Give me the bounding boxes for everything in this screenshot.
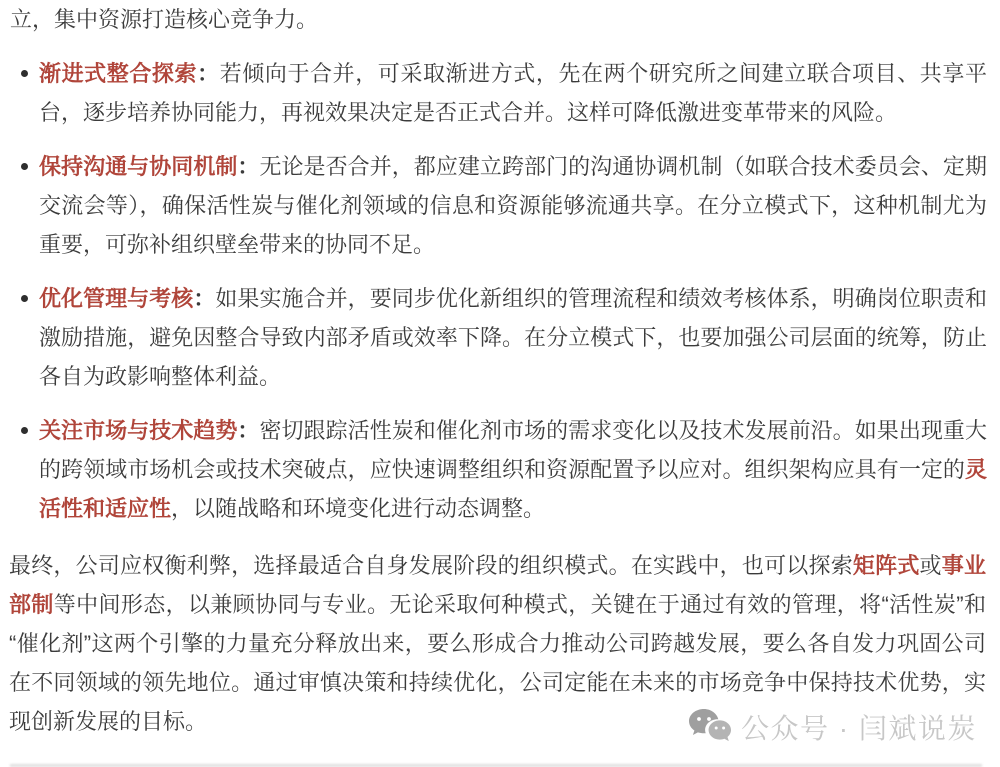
bullet-title: 优化管理与考核 bbox=[39, 286, 193, 311]
bullet-item-management-assessment: 优化管理与考核：如果实施合并，要同步优化新组织的管理流程和绩效考核体系，明确岗位… bbox=[0, 279, 1000, 396]
bullet-dot-icon bbox=[21, 427, 28, 434]
bullet-text: 渐进式整合探索：若倾向于合并，可采取渐进方式，先在两个研究所之间建立联合项目、共… bbox=[39, 54, 987, 132]
bullet-item-gradual-integration: 渐进式整合探索：若倾向于合并，可采取渐进方式，先在两个研究所之间建立联合项目、共… bbox=[0, 54, 1000, 132]
intro-paragraph: 立，集中资源打造核心竞争力。 bbox=[0, 0, 1000, 39]
closing-highlight-matrix: 矩阵式 bbox=[853, 553, 920, 578]
bullet-title: 关注市场与技术趋势 bbox=[39, 418, 237, 443]
document-page: 立，集中资源打造核心竞争力。 渐进式整合探索：若倾向于合并，可采取渐进方式，先在… bbox=[0, 0, 1000, 767]
bullet-text: 优化管理与考核：如果实施合并，要同步优化新组织的管理流程和绩效考核体系，明确岗位… bbox=[39, 279, 987, 396]
bullet-body-post: ，以随战略和环境变化进行动态调整。 bbox=[171, 496, 545, 521]
bullet-item-market-tech-trends: 关注市场与技术趋势：密切跟踪活性炭和催化剂市场的需求变化以及技术发展前沿。如果出… bbox=[0, 411, 1000, 528]
bullet-title: 渐进式整合探索 bbox=[39, 61, 197, 86]
bullet-text: 关注市场与技术趋势：密切跟踪活性炭和催化剂市场的需求变化以及技术发展前沿。如果出… bbox=[39, 411, 987, 528]
bullet-title: 保持沟通与协同机制 bbox=[39, 154, 237, 179]
bullet-colon: ： bbox=[197, 61, 220, 86]
bullet-text: 保持沟通与协同机制：无论是否合并，都应建立跨部门的沟通协调机制（如联合技术委员会… bbox=[39, 147, 987, 264]
bullet-colon: ： bbox=[237, 418, 259, 443]
closing-segment: 或 bbox=[920, 553, 942, 578]
bullet-list: 渐进式整合探索：若倾向于合并，可采取渐进方式，先在两个研究所之间建立联合项目、共… bbox=[0, 54, 1000, 528]
bullet-dot-icon bbox=[21, 70, 28, 77]
closing-segment: 等中间形态，以兼顾协同与专业。无论采取何种模式，关键在于通过有效的管理，将“活性… bbox=[9, 592, 986, 734]
bullet-dot-icon bbox=[21, 295, 28, 302]
bullet-dot-icon bbox=[21, 163, 28, 170]
bullet-colon: ： bbox=[193, 286, 215, 311]
bullet-colon: ： bbox=[237, 154, 259, 179]
closing-segment: 最终，公司应权衡利弊，选择最适合自身发展阶段的组织模式。在实践中，也可以探索 bbox=[9, 553, 853, 578]
closing-paragraph: 最终，公司应权衡利弊，选择最适合自身发展阶段的组织模式。在实践中，也可以探索矩阵… bbox=[0, 546, 1000, 741]
bullet-item-communication-mechanism: 保持沟通与协同机制：无论是否合并，都应建立跨部门的沟通协调机制（如联合技术委员会… bbox=[0, 147, 1000, 264]
